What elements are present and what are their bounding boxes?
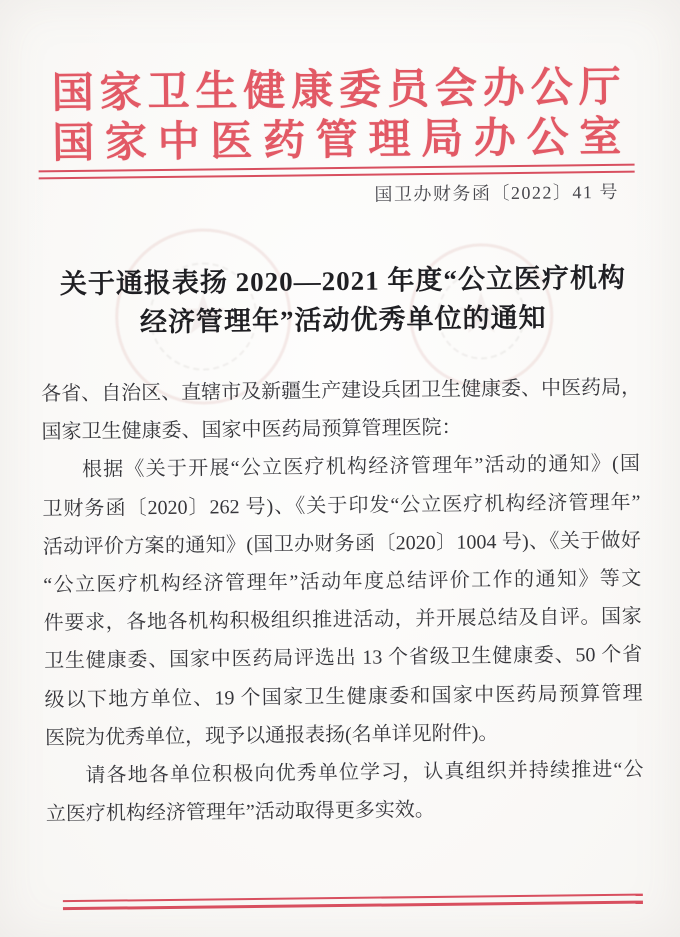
body-text-line: 根据《关于开展“公立医疗机构经济管理年”活动的通知》(国 xyxy=(42,445,640,490)
body-text-line: 立医疗机构经济管理年”活动取得更多实效。 xyxy=(46,789,644,834)
body-text: 各省、自治区、直辖市及新疆生产建设兵团卫生健康委、中医药局，国家卫生健康委、国家… xyxy=(41,369,644,834)
letterhead: 国家卫生健康委员会办公厅 国家中医药管理局办公室 xyxy=(51,63,622,169)
letterhead-org-line-1: 国家卫生健康委员会办公厅 xyxy=(51,63,622,119)
footer-separator-rule xyxy=(63,894,643,911)
body-text-line: 卫生健康委、国家中医药局评选出 13 个省级卫生健康委、50 个省 xyxy=(44,636,642,681)
body-text-line: 级以下地方单位、19 个国家卫生健康委和国家中医药局预算管理 xyxy=(44,674,642,719)
body-text-line: 卫财务函〔2020〕262 号)、《关于印发“公立医疗机构经济管理年” xyxy=(42,483,640,528)
body-text-line: 各省、自治区、直辖市及新疆生产建设兵团卫生健康委、中医药局， xyxy=(41,369,639,414)
notice-title-line-1: 关于通报表扬 2020—2021 年度“公立医疗机构 xyxy=(3,258,680,305)
document-page: 国家卫生健康委员会办公厅 国家中医药管理局办公室 国卫办财务函〔2022〕41 … xyxy=(0,0,680,937)
notice-title-line-2: 经济管理年”活动优秀单位的通知 xyxy=(3,297,680,344)
letterhead-org-line-2: 国家中医药管理局办公室 xyxy=(52,113,623,169)
document-number: 国卫办财务函〔2022〕41 号 xyxy=(374,178,619,207)
notice-title: 关于通报表扬 2020—2021 年度“公立医疗机构 经济管理年”活动优秀单位的… xyxy=(3,258,680,344)
scanned-sheet: 国家卫生健康委员会办公厅 国家中医药管理局办公室 国卫办财务函〔2022〕41 … xyxy=(0,0,680,937)
body-text-line: 请各地各单位积极向优秀单位学习，认真组织并持续推进“公 xyxy=(45,751,643,796)
